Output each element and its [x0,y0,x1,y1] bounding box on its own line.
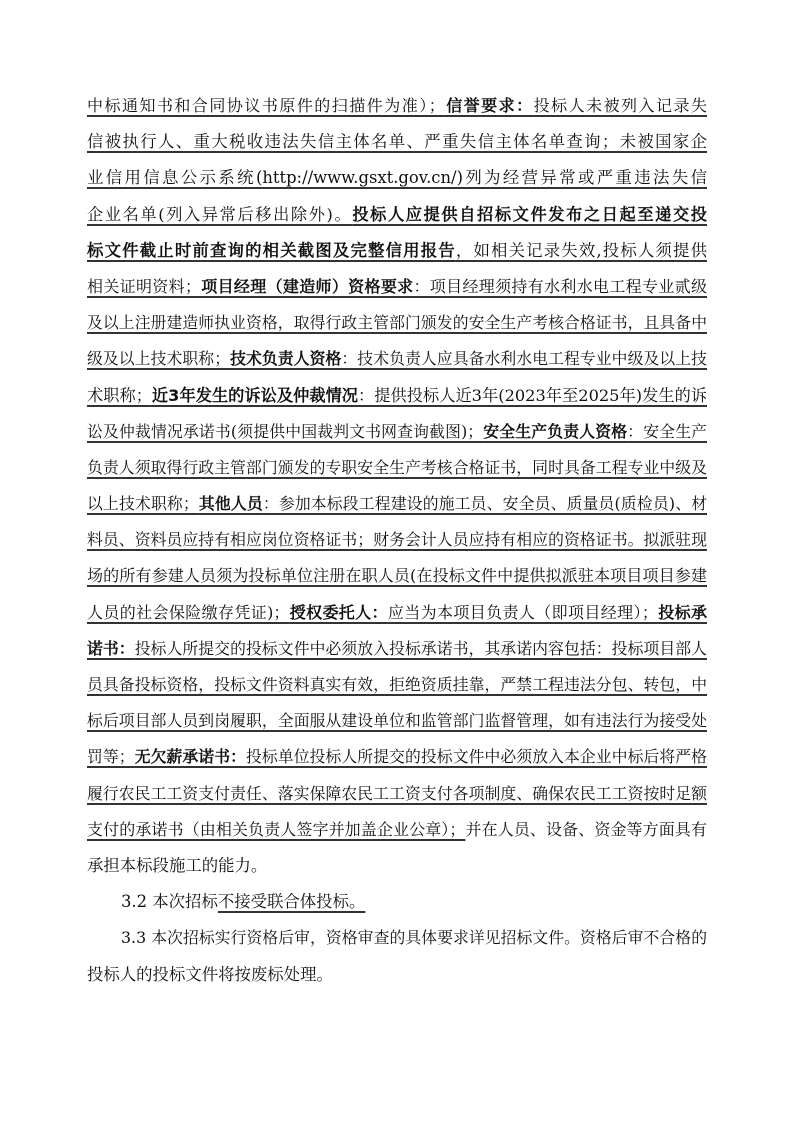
bold-heading-text: 标文件截止时前查询的相关截图及完整信用报告 [87,241,456,260]
body-text: ：项目经理须持有水利水电工程专业贰级 [413,277,707,296]
body-text: 投标人所提交的投标文件中必须放入投标承诺书，其承诺内容包括：投标项目部人 [135,639,707,658]
bold-heading-text: 技术负责人资格 [230,349,341,368]
body-text: 员具备投标资格，投标文件资料真实有效，拒绝资质挂靠，严禁工程违法分包、转包，中 [87,675,707,694]
text-line: 信被执行人、重大税收违法失信主体名单、严重失信主体名单查询；未被国家企 [87,124,707,160]
bold-heading-text: 诺书： [87,639,135,658]
bold-heading-text: 授权委托人： [289,603,388,622]
text-line: 罚等；无欠薪承诺书：投标单位投标人所提交的投标文件中必须放入本企业中标后将严格 [87,739,707,775]
text-line: 支付的承诺书（由相关负责人签字并加盖企业公章）；并在人员、设备、资金等方面具有 [87,812,707,848]
document-page: 中标通知书和合同协议书原件的扫描件为准）；信誉要求：投标人未被列入记录失信被执行… [0,0,793,1122]
bold-heading-text: 其他人员 [199,494,263,513]
text-line: 以上技术职称；其他人员：参加本标段工程建设的施工员、安全员、质量员(质检员)、材 [87,486,707,522]
text-line: 3.3 本次招标实行资格后审，资格审查的具体要求详见招标文件。资格后审不合格的 [87,920,707,956]
body-text: 罚等； [87,747,135,766]
text-line: 中标通知书和合同协议书原件的扫描件为准）；信誉要求：投标人未被列入记录失 [87,88,707,124]
text-line: 料员、资料员应持有相应岗位资格证书；财务会计人员应持有相应的资格证书。拟派驻现 [87,522,707,558]
text-line: 投标人的投标文件将按废标处理。 [87,957,707,993]
text-line: 场的所有参建人员须为投标单位注册在职人员(在投标文件中提供拟派驻本项目项目参建 [87,558,707,594]
body-text: 投标人的投标文件将按废标处理。 [87,965,333,984]
bold-heading-text: 无欠薪承诺书： [135,747,246,766]
body-text: 不接受联合体投标。 [218,892,366,911]
body-text: ，如相关记录失效,投标人须提供 [456,241,707,260]
body-text: 标后项目部人员到岗履职，全面服从建设单位和监管部门监督管理，如有违法行为接受处 [87,711,707,730]
body-text: 投标单位投标人所提交的投标文件中必须放入本企业中标后将严格 [246,747,707,766]
bold-heading-text: 近3年发生的诉讼及仲裁情况 [152,386,358,405]
document-body: 中标通知书和合同协议书原件的扫描件为准）；信誉要求：投标人未被列入记录失信被执行… [87,88,707,993]
body-text: 履行农民工工资支付责任、落实保障农民工工资支付各项制度、确保农民工工资按时足额 [87,784,707,803]
bold-heading-text: 项目经理（建造师）资格要求 [201,277,414,296]
body-text: 投标人未被列入记录失 [534,96,707,115]
body-text: 负责人须取得行政主管部门颁发的专职安全生产考核合格证书，同时具备工程专业中级及 [87,458,707,477]
text-line: 员具备投标资格，投标文件资料真实有效，拒绝资质挂靠，严禁工程违法分包、转包，中 [87,667,707,703]
bold-heading-text: 投标承 [658,603,707,622]
text-line: 负责人须取得行政主管部门颁发的专职安全生产考核合格证书，同时具备工程专业中级及 [87,450,707,486]
bold-heading-text: 安全生产负责人资格 [483,422,627,441]
body-text: 企业名单(列入异常后移出除外)。 [87,205,352,224]
body-text: 中标通知书和合同协议书原件的扫描件为准）； [87,96,445,115]
body-text: 相关证明资料； [87,277,201,296]
body-text: 支付的承诺书（由相关负责人签字并加盖企业公章）； [87,820,465,839]
text-line: 3.2 本次招标不接受联合体投标。 [87,884,707,920]
bold-heading-text: 信誉要求： [445,96,534,115]
body-text: 讼及仲裁情况承诺书(须提供中国裁判文书网查询截图)； [87,422,483,441]
body-text: 及以上注册建造师执业资格，取得行政主管部门颁发的安全生产考核合格证书，且具备中 [87,313,707,332]
body-text: 术职称； [87,386,152,405]
body-text: 承担本标段施工的能力。 [87,856,267,875]
body-text: 3.2 本次招标 [121,892,218,911]
body-text: 3.3 本次招标实行资格后审，资格审查的具体要求详见招标文件。资格后审不合格的 [121,928,707,947]
text-line: 履行农民工工资支付责任、落实保障农民工工资支付各项制度、确保农民工工资按时足额 [87,776,707,812]
text-line: 企业名单(列入异常后移出除外)。投标人应提供自招标文件发布之日起至递交投 [87,197,707,233]
body-text: ：参加本标段工程建设的施工员、安全员、质量员(质检员)、材 [263,494,707,513]
body-text: ：提供投标人近3年(2023年至2025年)发生的诉 [358,386,707,405]
text-line: 术职称；近3年发生的诉讼及仲裁情况：提供投标人近3年(2023年至2025年)发… [87,378,707,414]
body-text: 业信用信息公示系统(http://www.gsxt.gov.cn/)列为经营异常… [87,168,707,187]
text-line: 及以上注册建造师执业资格，取得行政主管部门颁发的安全生产考核合格证书，且具备中 [87,305,707,341]
body-text: 级及以上技术职称； [87,349,230,368]
body-text: 场的所有参建人员须为投标单位注册在职人员(在投标文件中提供拟派驻本项目项目参建 [87,566,707,585]
text-line: 业信用信息公示系统(http://www.gsxt.gov.cn/)列为经营异常… [87,160,707,196]
body-text: 并在人员、设备、资金等方面具有 [465,820,707,839]
text-line: 标后项目部人员到岗履职，全面服从建设单位和监管部门监督管理，如有违法行为接受处 [87,703,707,739]
text-line: 相关证明资料；项目经理（建造师）资格要求：项目经理须持有水利水电工程专业贰级 [87,269,707,305]
text-line: 承担本标段施工的能力。 [87,848,707,884]
body-text: 以上技术职称； [87,494,199,513]
text-line: 人员的社会保险缴存凭证)；授权委托人：应当为本项目负责人（即项目经理）；投标承 [87,595,707,631]
text-line: 标文件截止时前查询的相关截图及完整信用报告，如相关记录失效,投标人须提供 [87,233,707,269]
body-text: 人员的社会保险缴存凭证)； [87,603,289,622]
body-text: 应当为本项目负责人（即项目经理）； [388,603,658,622]
bold-heading-text: 投标人应提供自招标文件发布之日起至递交投 [352,205,707,224]
body-text: ：安全生产 [627,422,707,441]
text-line: 讼及仲裁情况承诺书(须提供中国裁判文书网查询截图)；安全生产负责人资格：安全生产 [87,414,707,450]
text-line: 级及以上技术职称；技术负责人资格：技术负责人应具备水利水电工程专业中级及以上技 [87,341,707,377]
text-line: 诺书：投标人所提交的投标文件中必须放入投标承诺书，其承诺内容包括：投标项目部人 [87,631,707,667]
body-text: 料员、资料员应持有相应岗位资格证书；财务会计人员应持有相应的资格证书。拟派驻现 [87,530,707,549]
body-text: ：技术负责人应具备水利水电工程专业中级及以上技 [341,349,707,368]
body-text: 信被执行人、重大税收违法失信主体名单、严重失信主体名单查询；未被国家企 [87,132,707,151]
